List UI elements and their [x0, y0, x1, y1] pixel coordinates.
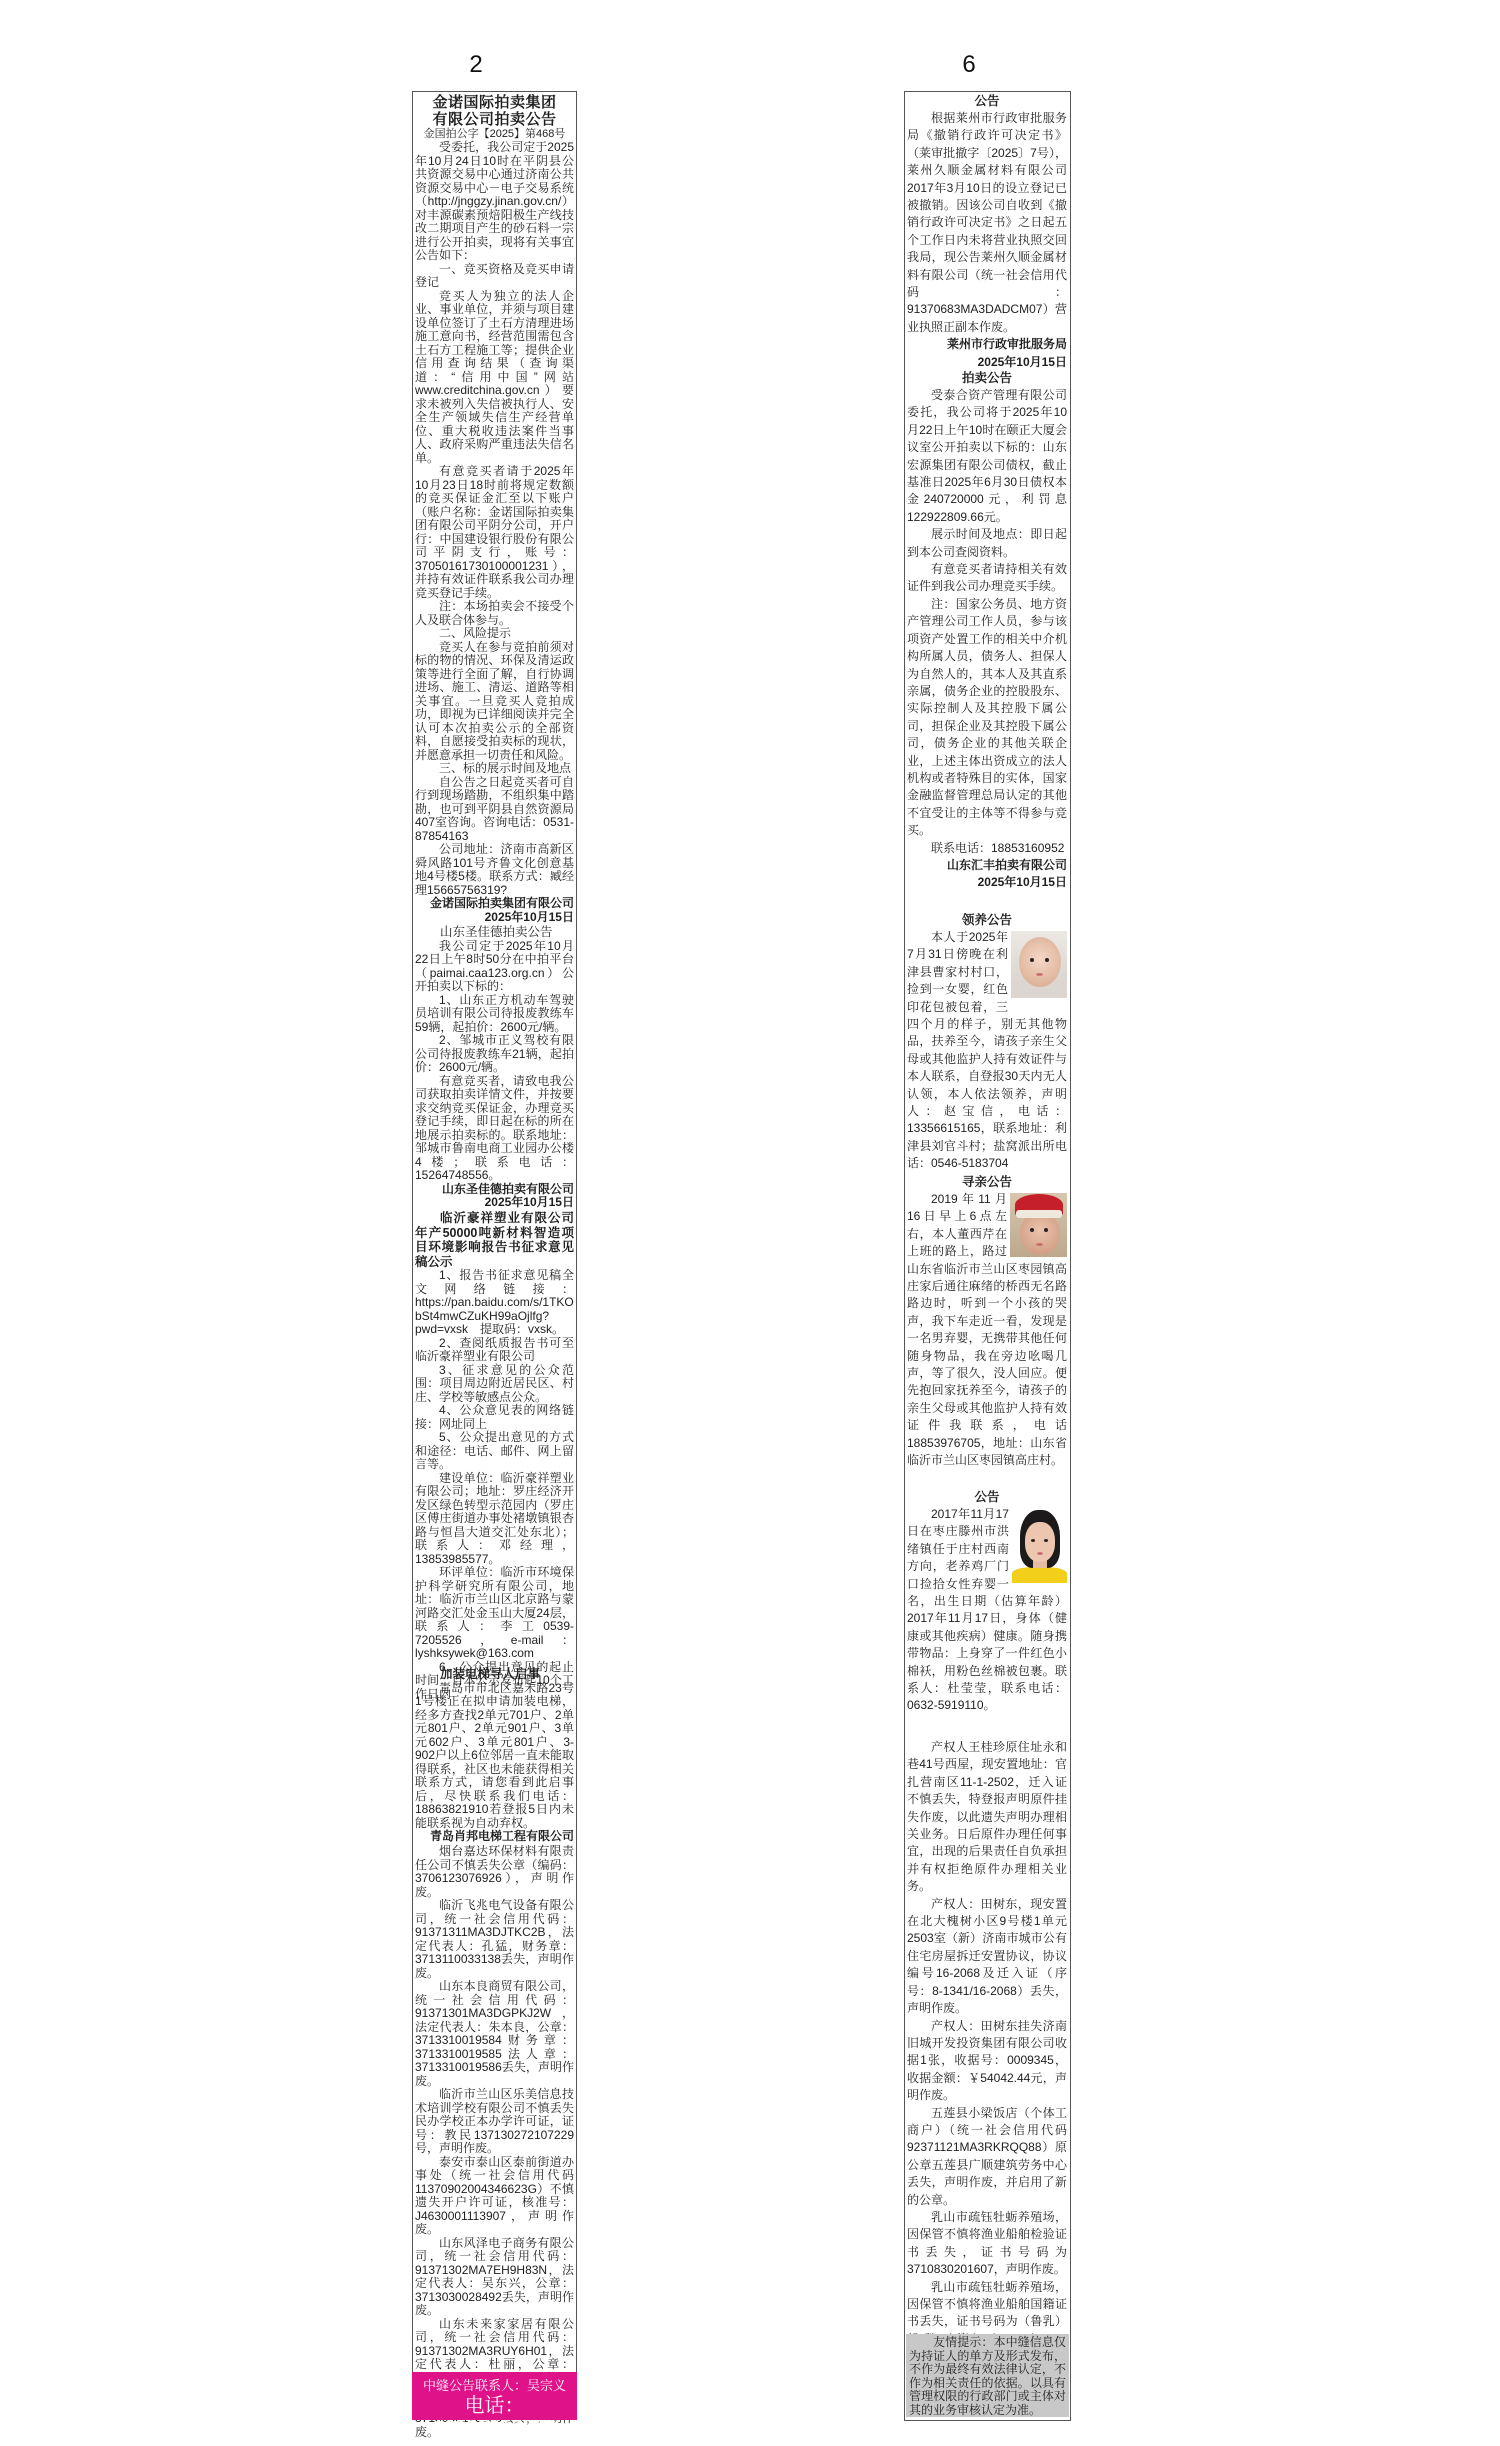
signature-company: 山东圣佳德拍卖有限公司	[415, 1183, 574, 1197]
disclaimer-box: 友情提示：本中缝信息仅为持证人的单方及形式发布，不作为最终有效法律认定，不作为相…	[906, 2334, 1069, 2417]
paragraph: 有意竞买者请持相关有效证件到我公司办理竞买手续。	[907, 561, 1067, 596]
eye-shape	[1030, 1228, 1034, 1232]
notice-title: 临沂豪祥塑业有限公司年产50000吨新材料智造项目环境影响报告书征求意见稿公示	[415, 1211, 574, 1269]
paragraph: 4、公众意见表的网络链接：网址同上	[415, 1404, 574, 1431]
paragraph: 有意竞买者请于2025年10月23日18时前将规定数额的竞买保证金汇至以下账户（…	[415, 465, 574, 600]
face-shape	[1019, 937, 1061, 987]
notice-title: 公告	[907, 92, 1067, 110]
paragraph: 产权人王桂珍原住址永和巷41号西屋，现安置地址：官扎营南区11-1-2502，迁…	[907, 1739, 1067, 1896]
shirt-shape	[1012, 1567, 1067, 1583]
paragraph: 展示时间及地点：即日起到本公司查阅资料。	[907, 526, 1067, 561]
notice-jinnuo-auction: 金诺国际拍卖集团 有限公司拍卖公告 金国拍公字【2025】第468号 受委托，我…	[415, 95, 574, 924]
notice-lost-seals: 烟台嘉达环保材料有限责任公司不慎丢失公章（编码：3706123076926），声…	[415, 1845, 574, 2439]
paragraph: 3、征求意见的公众范围：项目周边附近居民区、村庄、学校等敏感点公众。	[415, 1364, 574, 1405]
mouth-shape	[1037, 1552, 1043, 1555]
contact-phone: 联系电话：18853160952	[907, 840, 1067, 857]
paragraph: 注：国家公务员、地方资产管理公司工作人员，参与该项资产处置工作的相关中介机构所属…	[907, 596, 1067, 840]
eye-shape	[1045, 958, 1049, 962]
infant-boy-red-hat-photo	[1010, 1193, 1067, 1257]
paragraph: 环评单位：临沂市环境保护科学研究所有限公司，地址：临沂市兰山区北京路与蒙河路交汇…	[415, 1566, 574, 1661]
paragraph: 1、山东正方机动车驾驶员培训有限公司待报废教练车59辆，起拍价：2600元/辆。	[415, 994, 574, 1035]
paragraph: 青岛市市北区嘉禾路23号1号楼正在拟申请加装电梯，经多方查找2单元701户、2单…	[415, 1682, 574, 1831]
notice-abandoned-infant: 公告 2017年11月17日在枣庄滕州市洪绪镇任于庄村西南方向，老养鸡厂门口捡拾…	[907, 1488, 1067, 1715]
paragraph: 注：本场拍卖会不接受个人及联合体参与。	[415, 600, 574, 627]
notice-elevator-search: 加装电梯寻人启事 青岛市市北区嘉禾路23号1号楼正在拟申请加装电梯，经多方查找2…	[415, 1668, 574, 1844]
paragraph: 乳山市疏钰牡蛎养殖场，因保管不慎将渔业船舶检验证书丢失，证书号码为3710830…	[907, 2209, 1067, 2279]
paragraph: 山东本良商贸有限公司，统一社会信用代码：91371301MA3DGPKJ2W，法…	[415, 1980, 574, 2088]
girl-portrait-photo	[1012, 1508, 1067, 1583]
notice-title: 领养公告	[907, 911, 1067, 929]
footer-phone: 电话：13515317258	[412, 2395, 577, 2439]
eye-shape	[1044, 1539, 1048, 1542]
notice-title: 寻亲公告	[907, 1173, 1067, 1191]
notice-title: 金诺国际拍卖集团 有限公司拍卖公告	[415, 95, 574, 128]
notice-title: 加装电梯寻人启事	[415, 1668, 574, 1682]
signature-company: 山东汇丰拍卖有限公司	[907, 857, 1067, 874]
signature-company: 青岛肖邦电梯工程有限公司	[415, 1830, 574, 1844]
notice-title: 山东圣佳德拍卖公告	[415, 926, 574, 940]
footer-contact: 中缝公告联系人：吴宗义	[412, 2372, 577, 2395]
paragraph: 公司地址：济南市高新区舜风路101号齐鲁文化创意基地4号楼5楼。联系方式：臧经理…	[415, 843, 574, 897]
mouth-shape	[1036, 1243, 1043, 1246]
notice-shengjiade-auction: 山东圣佳德拍卖公告 我公司定于2025年10月22日上午8时50分在中拍平台（p…	[415, 926, 574, 1210]
notice-license-revocation: 公告 根据莱州市行政审批服务局《撤销行政许可决定书》（莱审批撤字〔2025〕7号…	[907, 92, 1067, 371]
paragraph: 五莲县小梁饭店（个体工商户）（统一社会信用代码92371121MA3RKRQQ8…	[907, 2105, 1067, 2209]
section-heading: 一、竞买资格及竞买申请登记	[415, 263, 574, 290]
mouth-shape	[1036, 973, 1043, 976]
paragraph: 我公司定于2025年10月22日上午8时50分在中拍平台（paimai.caa1…	[415, 940, 574, 994]
paragraph: 烟台嘉达环保材料有限责任公司不慎丢失公章（编码：3706123076926），声…	[415, 1845, 574, 1899]
contact-footer-banner: 中缝公告联系人：吴宗义 电话：13515317258	[412, 2372, 577, 2420]
eye-shape	[1044, 1228, 1048, 1232]
paragraph: 根据莱州市行政审批服务局《撤销行政许可决定书》（莱审批撤字〔2025〕7号），莱…	[907, 110, 1067, 336]
page-number-left: 2	[456, 50, 496, 80]
notice-debt-auction: 拍卖公告 受泰合资产管理有限公司委托，我公司将于2025年10月22日上午10时…	[907, 369, 1067, 892]
notice-family-search: 寻亲公告 2019年11月16日早上6点左右，本人董西芹在上班的路上，路过山东省…	[907, 1173, 1067, 1470]
paragraph: 受委托，我公司定于2025年10月24日10时在平阴县公共资源交易中心通过济南公…	[415, 141, 574, 263]
face-shape	[1025, 1522, 1055, 1562]
page-number-right: 6	[949, 50, 989, 80]
paragraph: 2、查阅纸质报告书可至临沂豪祥塑业有限公司	[415, 1337, 574, 1364]
hat-brim-shape	[1016, 1210, 1062, 1218]
paragraph: 泰安市泰山区泰前街道办事处（统一社会信用代码11370902004346623G…	[415, 2156, 574, 2237]
paragraph: 产权人：田树东挂失济南旧城开发投资集团有限公司收据1张，收据号：0009345，…	[907, 2018, 1067, 2105]
title-line: 金诺国际拍卖集团	[415, 95, 574, 112]
signature-date: 2025年10月15日	[907, 874, 1067, 891]
title-line: 有限公司拍卖公告	[415, 112, 574, 129]
paragraph: 建设单位：临沂豪祥塑业有限公司；地址：罗庄经济开发区绿色转型示范园内（罗庄区傅庄…	[415, 1472, 574, 1567]
signature-company: 金诺国际拍卖集团有限公司	[415, 897, 574, 911]
paragraph: 临沂飞兆电气设备有限公司，统一社会信用代码：91371311MA3DJTKC2B…	[415, 1899, 574, 1980]
signature-date: 2025年10月15日	[415, 1196, 574, 1210]
right-notice-column: 公告 根据莱州市行政审批服务局《撤销行政许可决定书》（莱审批撤字〔2025〕7号…	[904, 91, 1071, 2421]
eye-shape	[1030, 958, 1034, 962]
notice-adoption: 领养公告 本人于2025年7月31日傍晚在利津县曹家村村口，捡到一女婴，红色印花…	[907, 911, 1067, 1173]
left-notice-column: 金诺国际拍卖集团 有限公司拍卖公告 金国拍公字【2025】第468号 受委托，我…	[412, 91, 577, 2420]
paragraph: 竞买人在参与竞拍前须对标的物的情况、环保及清运政策等进行全面了解，自行协调进场、…	[415, 641, 574, 763]
signature-agency: 莱州市行政审批服务局	[907, 336, 1067, 353]
paragraph: 自公告之日起竞买者可自行到现场踏勘，不组织集中踏勘，也可到平阴县自然资源局407…	[415, 776, 574, 844]
signature-date: 2025年10月15日	[415, 911, 574, 925]
paragraph: 5、公众提出意见的方式和途径：电话、邮件、网上留言等。	[415, 1431, 574, 1472]
paragraph: 竞买人为独立的法人企业、事业单位，并须与项目建设单位签订了土石方清理进场施工意向…	[415, 290, 574, 466]
infant-girl-photo	[1011, 931, 1067, 998]
eye-shape	[1031, 1539, 1035, 1542]
section-heading: 三、标的展示时间及地点	[415, 762, 574, 776]
paragraph: 受泰合资产管理有限公司委托，我公司将于2025年10月22日上午10时在颐正大厦…	[907, 387, 1067, 526]
notice-environmental-assessment: 临沂豪祥塑业有限公司年产50000吨新材料智造项目环境影响报告书征求意见稿公示 …	[415, 1211, 574, 1701]
paragraph: 临沂市兰山区乐美信息技术培训学校有限公司不慎丢失民办学校正本办学许可证，证号：教…	[415, 2088, 574, 2156]
section-heading: 二、风险提示	[415, 627, 574, 641]
paragraph: 1、报告书征求意见稿全文网络链接：https://pan.baidu.com/s…	[415, 1269, 574, 1337]
notice-title: 拍卖公告	[907, 369, 1067, 387]
paragraph: 有意竞买者，请致电我公司获取拍卖详情文件，并按要求交纳竞买保证金，办理竞买登记手…	[415, 1075, 574, 1183]
notice-title: 公告	[907, 1488, 1067, 1506]
paragraph: 2、邹城市正义驾校有限公司待报废教练车21辆，起拍价：2600元/辆。	[415, 1034, 574, 1075]
paragraph: 山东风泽电子商务有限公司，统一社会信用代码：91371302MA7EH9H83N…	[415, 2237, 574, 2318]
notice-lost-documents: 产权人王桂珍原住址永和巷41号西屋，现安置地址：官扎营南区11-1-2502，迁…	[907, 1739, 1067, 2366]
paragraph: 产权人：田树东，现安置在北大槐树小区9号楼1单元2503室（新）济南市城市公有住…	[907, 1896, 1067, 2018]
